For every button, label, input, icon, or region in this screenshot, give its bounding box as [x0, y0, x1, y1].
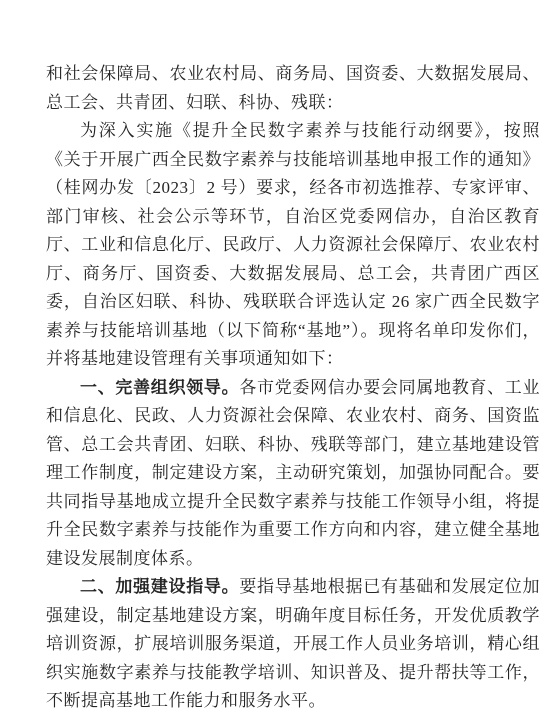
section-1-heading: 一、完善组织领导。	[80, 378, 239, 397]
section-2-heading: 二、加强建设指导。	[80, 577, 239, 596]
paragraph-intro: 为深入实施《提升全民数字素养与技能行动纲要》，按照《关于开展广西全民数字素养与技…	[46, 117, 540, 374]
section-1-text: 各市党委网信办要会同属地教育、工业和信息化、民政、人力资源社会保障、农业农村、商…	[46, 378, 540, 568]
document-body: 和社会保障局、农业农村局、商务局、国资委、大数据发展局、总工会、共青团、妇联、科…	[46, 60, 540, 709]
paragraph-section-1: 一、完善组织领导。各市党委网信办要会同属地教育、工业和信息化、民政、人力资源社会…	[46, 374, 540, 574]
section-2-text: 要指导基地根据已有基础和发展定位加强建设，制定基地建设方案，明确年度目标任务，开…	[46, 577, 540, 709]
paragraph-recipients: 和社会保障局、农业农村局、商务局、国资委、大数据发展局、总工会、共青团、妇联、科…	[46, 60, 540, 117]
paragraph-section-2: 二、加强建设指导。要指导基地根据已有基础和发展定位加强建设，制定基地建设方案，明…	[46, 573, 540, 709]
recipients-text: 和社会保障局、农业农村局、商务局、国资委、大数据发展局、总工会、共青团、妇联、科…	[46, 64, 540, 112]
intro-text: 为深入实施《提升全民数字素养与技能行动纲要》，按照《关于开展广西全民数字素养与技…	[46, 121, 540, 368]
document-page: 和社会保障局、农业农村局、商务局、国资委、大数据发展局、总工会、共青团、妇联、科…	[0, 0, 550, 709]
